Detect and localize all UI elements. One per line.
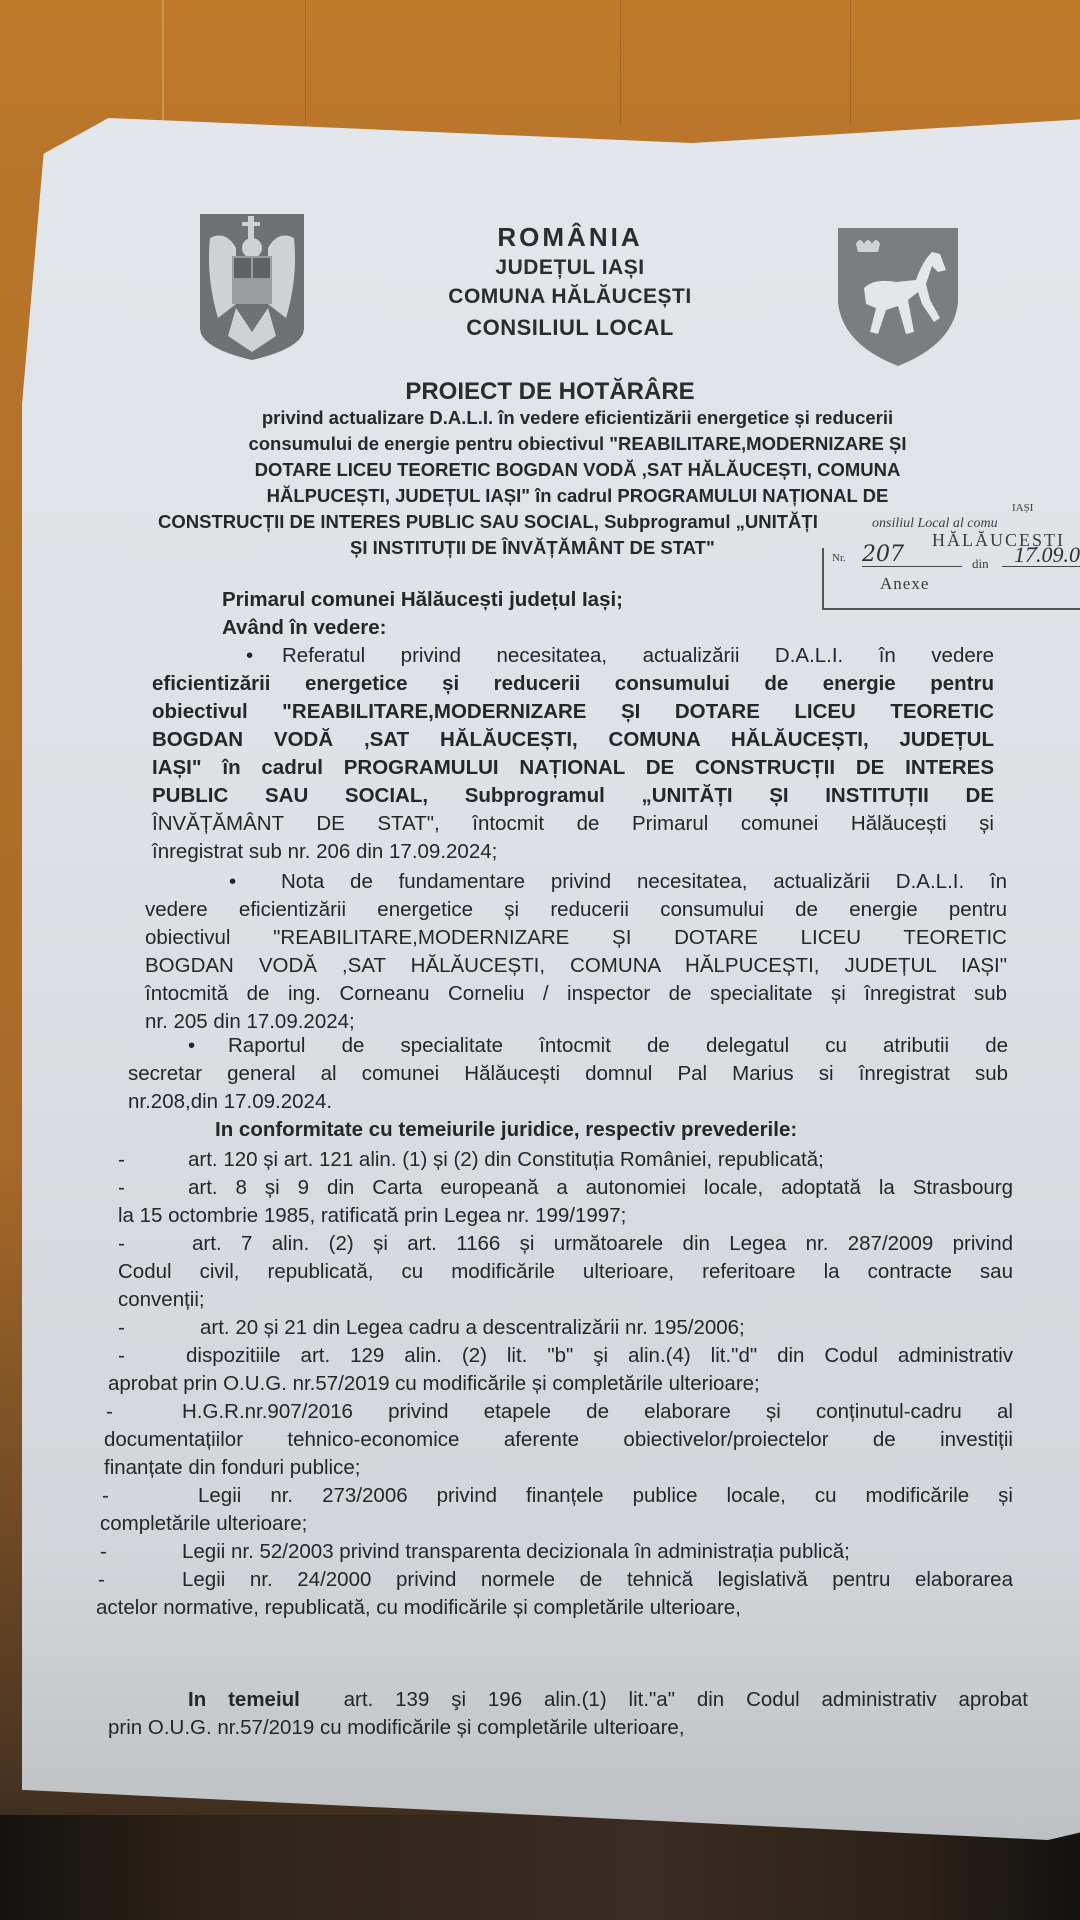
country-heading: ROMÂNIA: [380, 222, 760, 253]
consideration-line: vedere eficientizării energetice și redu…: [145, 896, 1007, 924]
consideration-line: •Referatul privind necesitatea, actualiz…: [152, 642, 994, 670]
mayor-line: Primarul comunei Hălăucești județul Iași…: [222, 588, 623, 612]
stamp-annex-label: Anexe: [880, 574, 929, 594]
consideration-line: nr.208,din 17.09.2024.: [128, 1088, 1008, 1116]
consideration-line: •Raportul de specialitate întocmit de de…: [128, 1032, 1008, 1060]
county-heading: JUDEȚUL IAȘI: [380, 256, 760, 280]
consideration-line: BOGDAN VODĂ ,SAT HĂLĂUCEȘTI, COMUNA HĂLP…: [145, 952, 1007, 980]
stamp-din-label: din: [972, 556, 989, 572]
consideration-line: ÎNVĂȚĂMÂNT DE STAT", întocmit de Primaru…: [152, 810, 994, 838]
legal-item-continued: completările ulterioare;: [100, 1510, 1013, 1538]
consideration-line: BOGDAN VODĂ ,SAT HĂLĂUCEȘTI, COMUNA HĂLĂ…: [152, 726, 994, 754]
stamp-line: [1002, 566, 1080, 567]
subtitle-line: consumului de energie pentru obiectivul …: [150, 431, 1005, 457]
stamp-border: [822, 548, 824, 610]
commune-heading: COMUNA HĂLĂUCEȘTI: [380, 285, 760, 309]
consideration-line: IAȘI" în cadrul PROGRAMULUI NAȚIONAL DE …: [152, 754, 994, 782]
consideration-raport: •Raportul de specialitate întocmit de de…: [128, 1032, 1008, 1116]
stamp-line: [822, 608, 1080, 610]
considering-line: Având în vedere:: [222, 616, 386, 640]
basis-line: prin O.U.G. nr.57/2019 cu modificările ș…: [108, 1714, 1028, 1742]
legal-item: -art. 20 și 21 din Legea cadru a descent…: [118, 1314, 1013, 1342]
subtitle-line: DOTARE LICEU TEORETIC BOGDAN VODĂ ,SAT H…: [150, 457, 1005, 483]
legal-item: -Legii nr. 52/2003 privind transparenta …: [100, 1538, 1013, 1566]
consideration-line: PUBLIC SAU SOCIAL, Subprogramul „UNITĂȚI…: [152, 782, 994, 810]
consideration-line: •Nota de fundamentare privind necesitate…: [145, 868, 1007, 896]
legal-item-continued: finanțate din fonduri publice;: [104, 1454, 1013, 1482]
consideration-nota: •Nota de fundamentare privind necesitate…: [145, 868, 1007, 1036]
basis-lead: In temeiul: [188, 1688, 300, 1711]
legal-item: -H.G.R.nr.907/2016 privind etapele de el…: [106, 1398, 1013, 1426]
consideration-line: secretar general al comunei Hălăucești d…: [128, 1060, 1008, 1088]
document: ROMÂNIA JUDEȚUL IAȘI COMUNA HĂLĂUCEȘTI C…: [0, 0, 1080, 1920]
legal-item: -art. 7 alin. (2) și art. 1166 și următo…: [118, 1230, 1013, 1258]
stamp-county: IAȘI: [1012, 502, 1033, 514]
legal-item-continued: actelor normative, republicată, cu modif…: [96, 1594, 1013, 1622]
bullet-icon: •: [246, 642, 253, 670]
legal-item-continued: la 15 octombrie 1985, ratificată prin Le…: [118, 1202, 1013, 1230]
subtitle-line: HĂLPUCEȘTI, JUDEȚUL IAȘI" în cadrul PROG…: [150, 483, 1005, 509]
document-title: PROIECT DE HOTĂRÂRE: [300, 378, 800, 406]
document-subtitle: privind actualizare D.A.L.I. în vedere e…: [150, 405, 1005, 561]
bullet-icon: •: [229, 868, 236, 896]
stamp-date-value: 17.09.0: [1014, 542, 1080, 568]
consideration-line: eficientizării energetice și reducerii c…: [152, 670, 994, 698]
legal-item: -Legii nr. 24/2000 privind normele de te…: [98, 1566, 1013, 1594]
registration-stamp: IAȘI onsiliul Local al comu HĂLĂUCEȘTI N…: [822, 568, 1080, 630]
consideration-line: obiectivul "REABILITARE,MODERNIZARE ȘI D…: [145, 924, 1007, 952]
horse-shield-icon: [834, 222, 962, 368]
stamp-nr-label: Nr.: [832, 552, 846, 564]
stamp-nr-value: 207: [862, 542, 904, 567]
legal-item-continued: convenții;: [118, 1286, 1013, 1314]
legal-item: -art. 120 și art. 121 alin. (1) și (2) d…: [118, 1146, 1013, 1174]
stamp-line: [862, 566, 962, 567]
legal-basis-heading: In conformitate cu temeiurile juridice, …: [215, 1118, 797, 1142]
legal-foundation: In temeiul art. 139 şi 196 alin.(1) lit.…: [108, 1686, 1028, 1742]
bullet-icon: •: [188, 1032, 195, 1060]
council-heading: CONSILIUL LOCAL: [380, 315, 760, 341]
basis-line: art. 139 şi 196 alin.(1) lit."a" din Cod…: [344, 1688, 1028, 1711]
legal-item-continued: documentațiilor tehnico-economice aferen…: [104, 1426, 1013, 1454]
consideration-line: obiectivul "REABILITARE,MODERNIZARE ȘI D…: [152, 698, 994, 726]
legal-item: -Legii nr. 273/2006 privind finanțele pu…: [102, 1482, 1013, 1510]
legal-item: -art. 8 și 9 din Carta europeană a auton…: [118, 1174, 1013, 1202]
consideration-line: înregistrat sub nr. 206 din 17.09.2024;: [152, 838, 994, 866]
legal-item: -dispozitiile art. 129 alin. (2) lit. "b…: [118, 1342, 1013, 1370]
consideration-referat: •Referatul privind necesitatea, actualiz…: [152, 642, 994, 866]
legal-item-continued: Codul civil, republicată, cu modificăril…: [118, 1258, 1013, 1286]
legal-basis-list: -art. 120 și art. 121 alin. (1) și (2) d…: [118, 1146, 1013, 1622]
legal-item-continued: aprobat prin O.U.G. nr.57/2019 cu modifi…: [108, 1370, 1013, 1398]
consideration-line: întocmită de ing. Corneanu Corneliu / in…: [145, 980, 1007, 1008]
coat-of-arms-icon: [196, 208, 308, 364]
subtitle-line: privind actualizare D.A.L.I. în vedere e…: [150, 405, 1005, 431]
